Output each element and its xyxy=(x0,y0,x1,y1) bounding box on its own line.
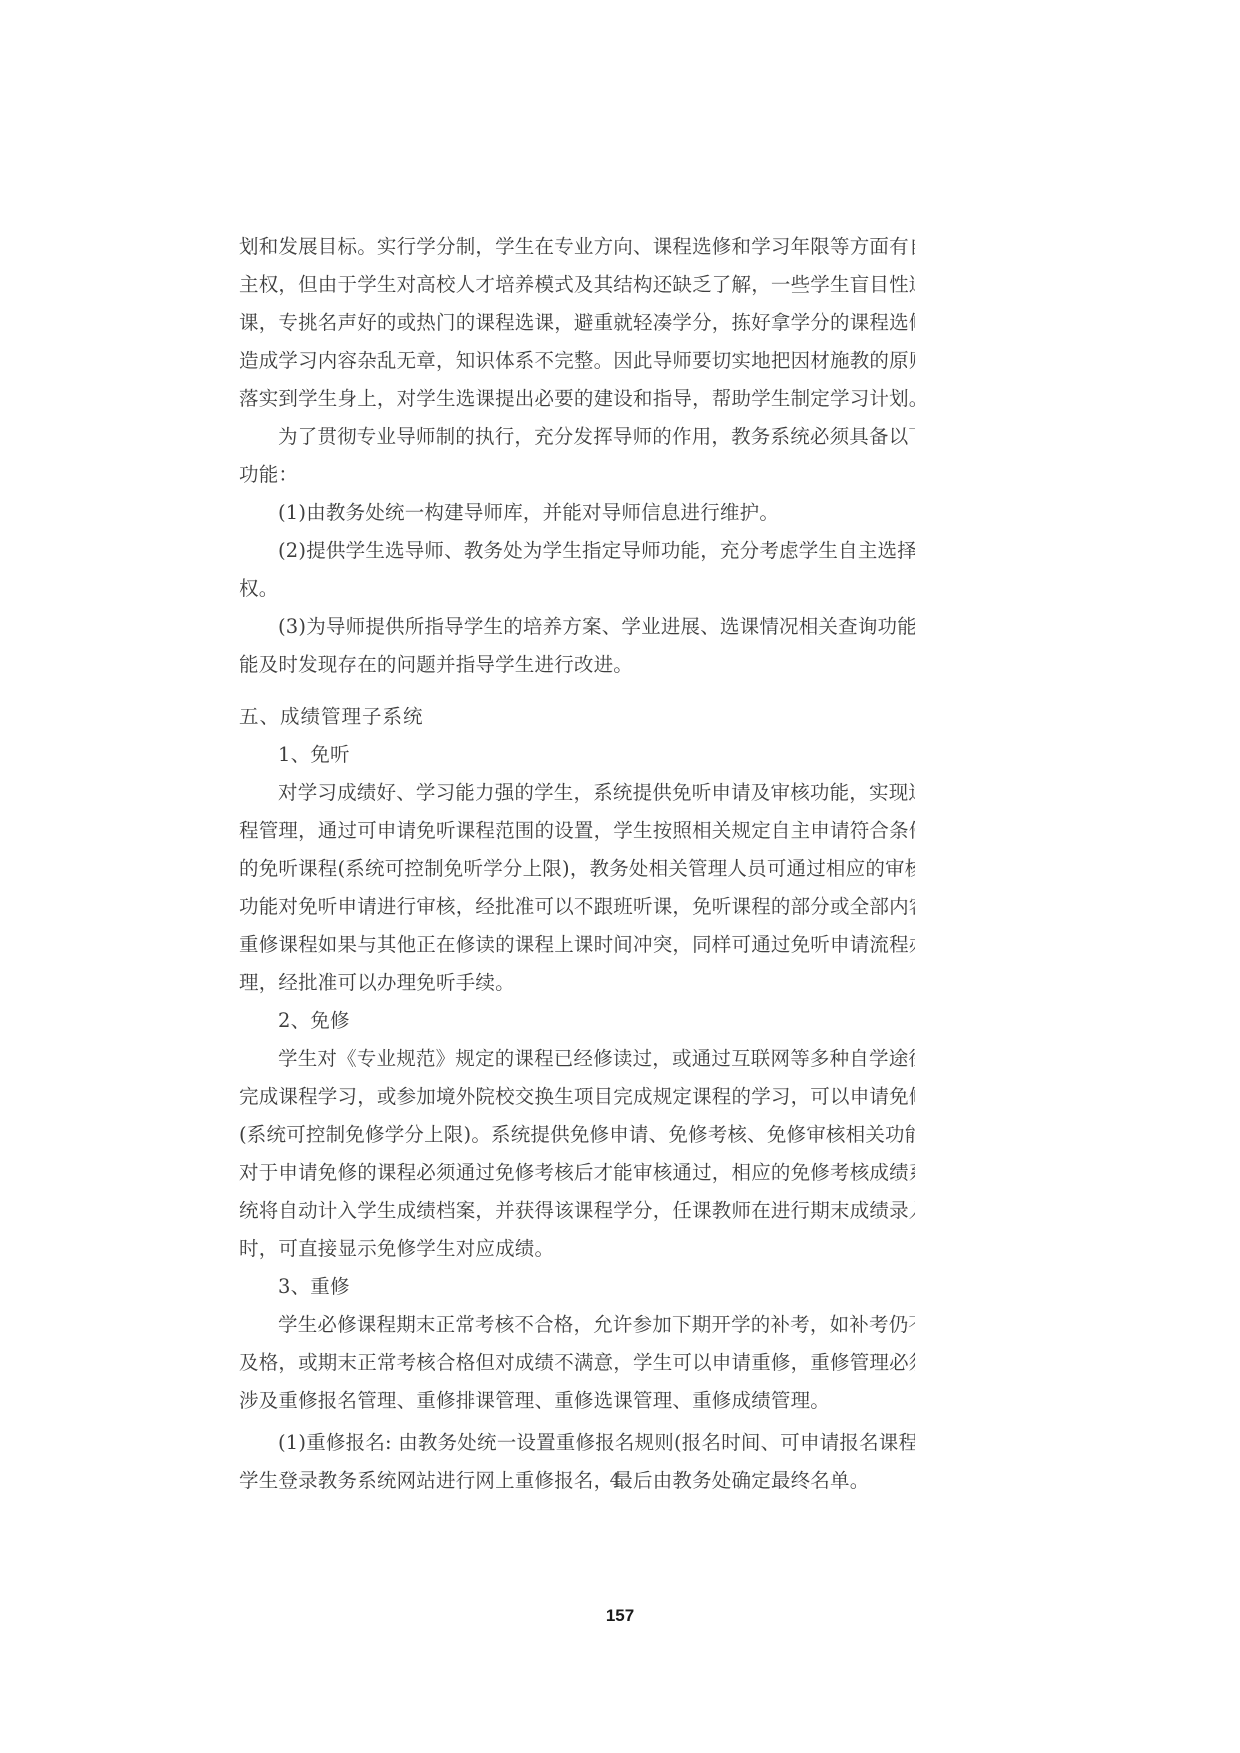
text-line: 落实到学生身上，对学生选课提出必要的建设和指导，帮助学生制定学习计划。 xyxy=(239,380,915,418)
text-line: 程管理，通过可申请免听课程范围的设置，学生按照相关规定自主申请符合条件 xyxy=(239,812,915,850)
text-line: 功能： xyxy=(239,456,915,494)
text-line: 及格，或期末正常考核合格但对成绩不满意，学生可以申请重修，重修管理必须 xyxy=(239,1344,915,1382)
text-line: (系统可控制免修学分上限)。系统提供免修申请、免修考核、免修审核相关功能， xyxy=(239,1116,915,1154)
text-line: 2、免修 xyxy=(239,1002,915,1040)
text-line: 涉及重修报名管理、重修排课管理、重修选课管理、重修成绩管理。 xyxy=(239,1382,915,1420)
text-line: 对于申请免修的课程必须通过免修考核后才能审核通过，相应的免修考核成绩系 xyxy=(239,1154,915,1192)
paragraph: (1)重修报名: 由教务处统一设置重修报名规则(报名时间、可申请报名课程)，学生… xyxy=(239,1424,915,1500)
text-line: 五、成绩管理子系统 xyxy=(239,698,915,736)
document-body: 划和发展目标。实行学分制，学生在专业方向、课程选修和学习年限等方面有自主权，但由… xyxy=(239,228,915,1500)
sub-heading: 1、免听 xyxy=(239,736,915,774)
text-line: (3)为导师提供所指导学生的培养方案、学业进展、选课情况相关查询功能， xyxy=(239,608,915,646)
text-line: 能及时发现存在的问题并指导学生进行改进。 xyxy=(239,646,915,684)
paragraph: 学生必修课程期末正常考核不合格，允许参加下期开学的补考，如补考仍不及格，或期末正… xyxy=(239,1306,915,1420)
text-line: (1)重修报名: 由教务处统一设置重修报名规则(报名时间、可申请报名课程)， xyxy=(239,1424,915,1462)
text-line: 权。 xyxy=(239,570,915,608)
sub-heading: 2、免修 xyxy=(239,1002,915,1040)
paragraph: 学生对《专业规范》规定的课程已经修读过，或通过互联网等多种自学途径完成课程学习，… xyxy=(239,1040,915,1268)
text-line: 学生对《专业规范》规定的课程已经修读过，或通过互联网等多种自学途径 xyxy=(239,1040,915,1078)
text-line: 功能对免听申请进行审核，经批准可以不跟班听课，免听课程的部分或全部内容。 xyxy=(239,888,915,926)
text-line: 统将自动计入学生成绩档案，并获得该课程学分，任课教师在进行期末成绩录入 xyxy=(239,1192,915,1230)
text-line: (1)由教务处统一构建导师库，并能对导师信息进行维护。 xyxy=(239,494,915,532)
paragraph: (3)为导师提供所指导学生的培养方案、学业进展、选课情况相关查询功能，能及时发现… xyxy=(239,608,915,684)
paragraph: 划和发展目标。实行学分制，学生在专业方向、课程选修和学习年限等方面有自主权，但由… xyxy=(239,228,915,418)
text-line: 造成学习内容杂乱无章，知识体系不完整。因此导师要切实地把因材施教的原则 xyxy=(239,342,915,380)
text-line: (2)提供学生选导师、教务处为学生指定导师功能，充分考虑学生自主选择 xyxy=(239,532,915,570)
inner-page-number: 4 xyxy=(585,1470,645,1490)
text-line: 学生必修课程期末正常考核不合格，允许参加下期开学的补考，如补考仍不 xyxy=(239,1306,915,1344)
text-line: 主权，但由于学生对高校人才培养模式及其结构还缺乏了解，一些学生盲目性选 xyxy=(239,266,915,304)
text-line: 课，专挑名声好的或热门的课程选课，避重就轻凑学分，拣好拿学分的课程选修， xyxy=(239,304,915,342)
paragraph: 对学习成绩好、学习能力强的学生，系统提供免听申请及审核功能，实现过程管理，通过可… xyxy=(239,774,915,1002)
text-line: 理，经批准可以办理免听手续。 xyxy=(239,964,915,1002)
section-heading: 五、成绩管理子系统 xyxy=(239,698,915,736)
text-line: 学生登录教务系统网站进行网上重修报名，最后由教务处确定最终名单。 xyxy=(239,1462,915,1500)
page-number: 157 xyxy=(590,1606,650,1626)
text-line: 为了贯彻专业导师制的执行，充分发挥导师的作用，教务系统必须具备以下 xyxy=(239,418,915,456)
text-line: 完成课程学习，或参加境外院校交换生项目完成规定课程的学习，可以申请免修 xyxy=(239,1078,915,1116)
text-line: 1、免听 xyxy=(239,736,915,774)
paragraph: (1)由教务处统一构建导师库，并能对导师信息进行维护。 xyxy=(239,494,915,532)
paragraph: (2)提供学生选导师、教务处为学生指定导师功能，充分考虑学生自主选择权。 xyxy=(239,532,915,608)
document-page: 划和发展目标。实行学分制，学生在专业方向、课程选修和学习年限等方面有自主权，但由… xyxy=(0,0,1240,1753)
text-line: 对学习成绩好、学习能力强的学生，系统提供免听申请及审核功能，实现过 xyxy=(239,774,915,812)
text-line: 重修课程如果与其他正在修读的课程上课时间冲突，同样可通过免听申请流程办 xyxy=(239,926,915,964)
paragraph: 为了贯彻专业导师制的执行，充分发挥导师的作用，教务系统必须具备以下功能： xyxy=(239,418,915,494)
text-line: 划和发展目标。实行学分制，学生在专业方向、课程选修和学习年限等方面有自 xyxy=(239,228,915,266)
text-line: 的免听课程(系统可控制免听学分上限)，教务处相关管理人员可通过相应的审核 xyxy=(239,850,915,888)
sub-heading: 3、重修 xyxy=(239,1268,915,1306)
text-line: 时，可直接显示免修学生对应成绩。 xyxy=(239,1230,915,1268)
text-line: 3、重修 xyxy=(239,1268,915,1306)
